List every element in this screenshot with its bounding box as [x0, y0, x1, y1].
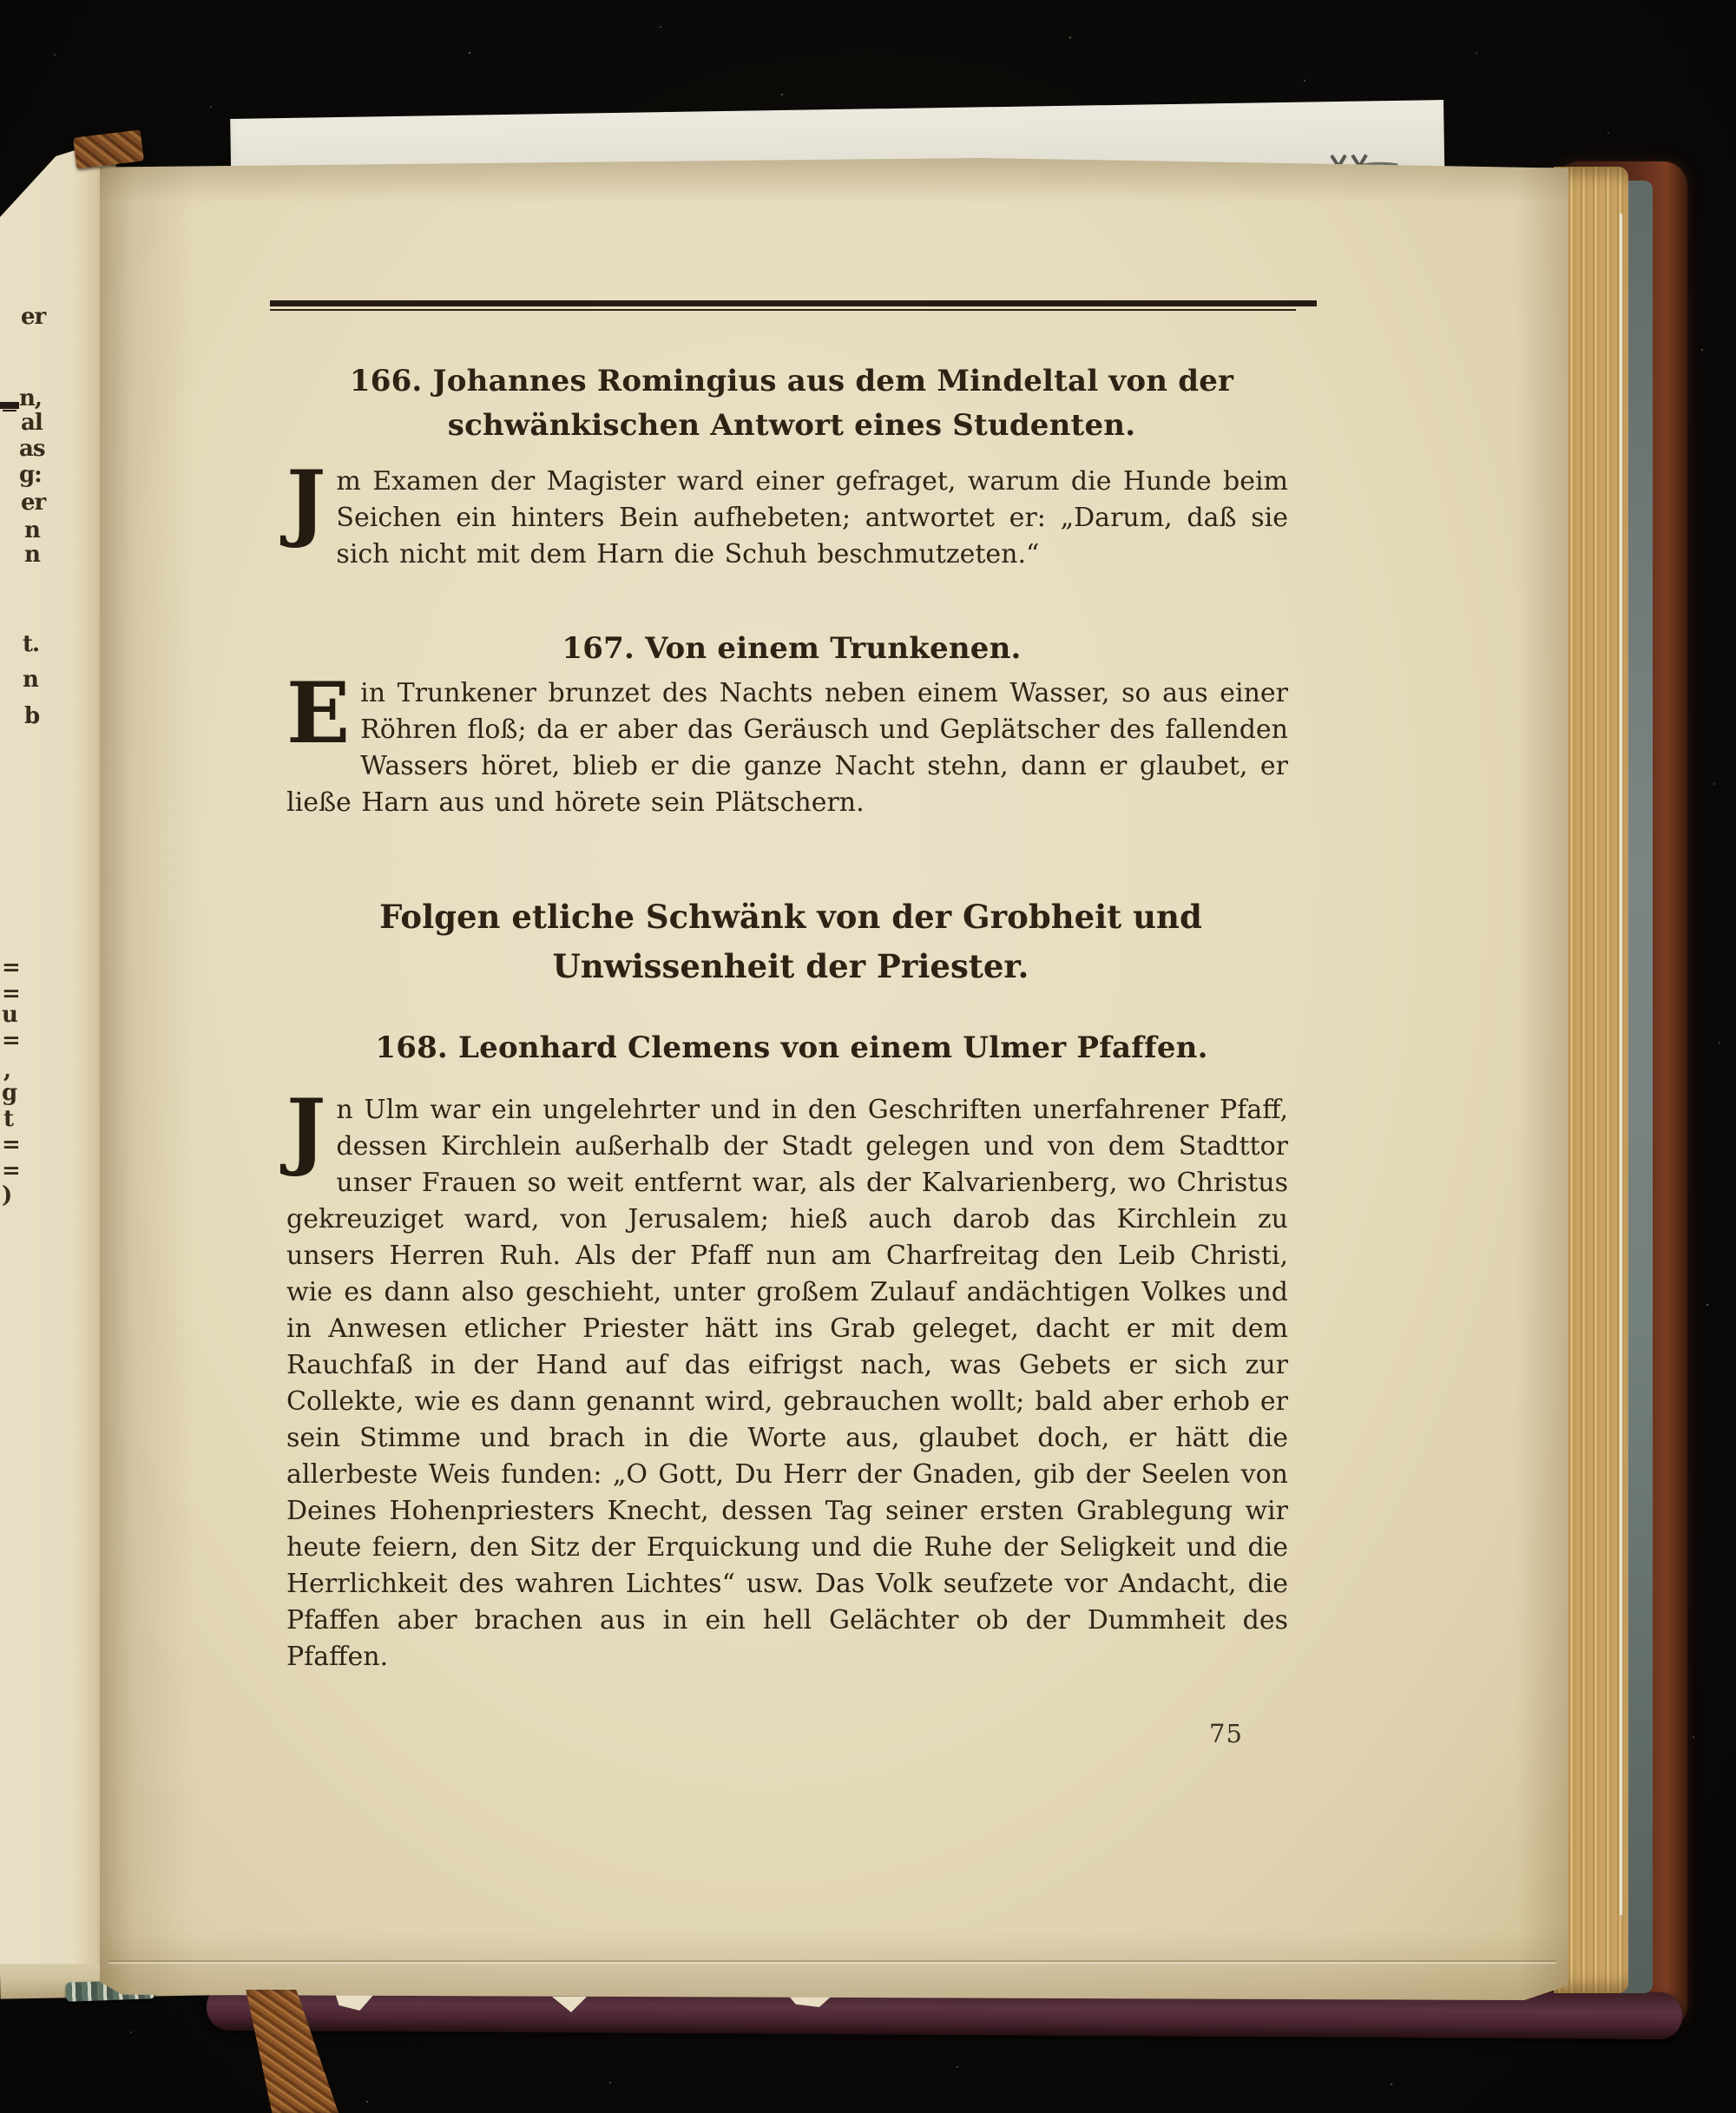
story-168-paragraph: Jn Ulm war ein ungelehrter und in den Ge…: [286, 1092, 1288, 1675]
story-166-body-text: m Examen der Magister ward einer gefrage…: [336, 466, 1288, 569]
header-rule: [270, 300, 1317, 311]
dust-specks: [0, 0, 2, 2]
page-bottom-crease: [108, 1960, 1556, 1962]
book-page: 166. Johannes Romingius aus dem Mindelta…: [100, 158, 1568, 2000]
section-divider-heading: Folgen etliche Schwänk von der Grobheit …: [331, 892, 1251, 992]
header-rule-thick: [270, 300, 1317, 306]
header-rule-thin: [270, 309, 1296, 311]
story-168-dropcap: J: [286, 1097, 325, 1170]
story-168-body-text: n Ulm war ein ungelehrter und in den Ges…: [286, 1095, 1288, 1672]
left-page-rule-fragment: [0, 402, 19, 409]
story-167-body-text: in Trunkener brunzet des Nachts neben ei…: [286, 678, 1288, 818]
story-166-paragraph: Jm Examen der Magister ward einer gefrag…: [286, 464, 1288, 573]
left-page-sliver: [0, 137, 116, 1964]
protruding-page-edge: [1620, 214, 1622, 1915]
photo-of-open-book: ern,alasg:ernnt.nb==u=,gt==) 166. Johann…: [0, 0, 1736, 2113]
story-167-dropcap: E: [286, 681, 350, 754]
story-166-heading: 166. Johannes Romingius aus dem Mindelta…: [227, 359, 1356, 448]
ribbon-top-at-spine: [73, 129, 144, 168]
page-number: 75: [1209, 1719, 1243, 1748]
story-166-dropcap: J: [286, 469, 325, 542]
story-167-paragraph: Ein Trunkener brunzet des Nachts neben e…: [286, 675, 1288, 821]
story-168-heading: 168. Leonhard Clemens von einem Ulmer Pf…: [227, 1026, 1356, 1070]
story-167-heading: 167. Von einem Trunkenen.: [227, 627, 1356, 671]
